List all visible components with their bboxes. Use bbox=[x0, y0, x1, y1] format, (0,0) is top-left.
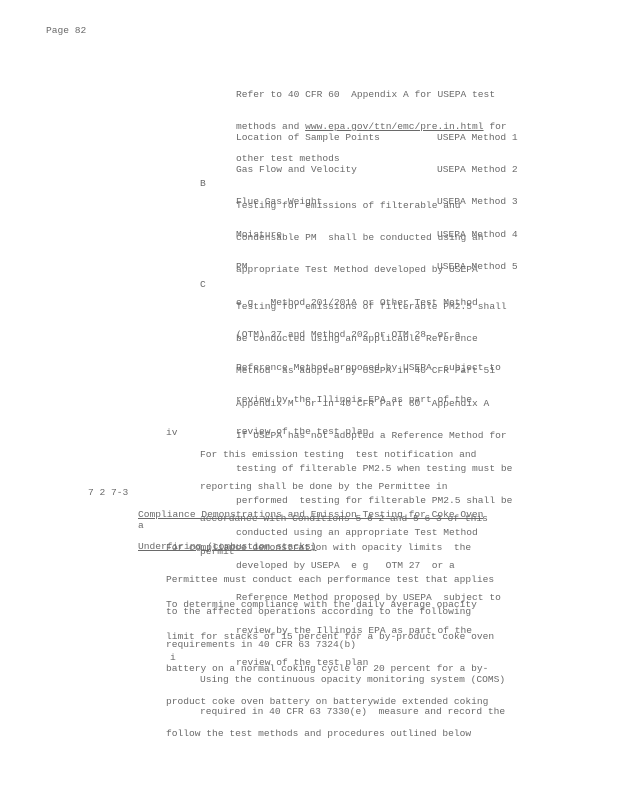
method-row: Gas Flow and VelocityUSEPA Method 2 bbox=[236, 165, 526, 176]
method-row: Location of Sample PointsUSEPA Method 1 bbox=[236, 133, 526, 144]
page-number: Page 82 bbox=[46, 26, 86, 37]
section-title-line-1: Compliance Demonstrations and Emission T… bbox=[138, 510, 483, 521]
refer-line-1: Refer to 40 CFR 60 Appendix A for USEPA … bbox=[236, 90, 507, 101]
item-b-label: B bbox=[200, 179, 206, 190]
item-i-label: i bbox=[170, 653, 176, 664]
item-iv-label: iv bbox=[166, 428, 178, 439]
item-i-paragraph: Using the continuous opacity monitoring … bbox=[200, 653, 505, 729]
item-a-label: a bbox=[138, 521, 144, 532]
section-number: 7 2 7-3 bbox=[88, 488, 128, 499]
item-c-label: C bbox=[200, 280, 206, 291]
